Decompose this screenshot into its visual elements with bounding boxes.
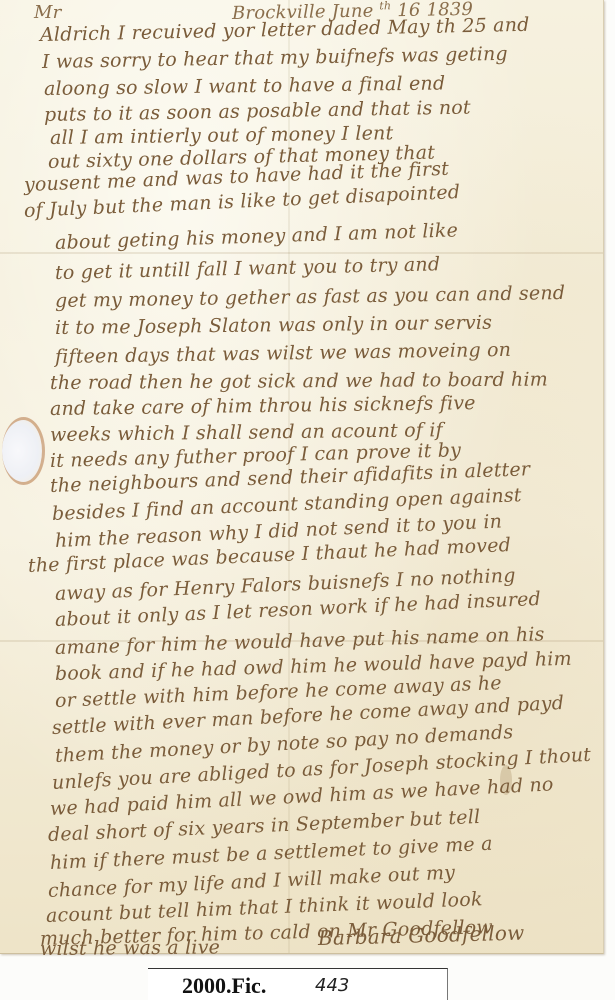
letter-body: Mr Brockville June th 16 1839 Aldrich I …	[0, 0, 603, 953]
letter-paper: Mr Brockville June th 16 1839 Aldrich I …	[0, 0, 604, 954]
letter-line: aloong so slow I want to have a final en…	[44, 72, 446, 100]
letter-line: fifteen days that was wilst we was movei…	[55, 339, 512, 368]
scanned-page: Mr Brockville June th 16 1839 Aldrich I …	[0, 0, 615, 1000]
letter-line: wilst he was a live	[40, 936, 220, 960]
letter-line: get my money to gether as fast as you ca…	[55, 282, 566, 312]
salutation: Mr	[34, 2, 61, 23]
letter-line: about geting his money and I am not like	[55, 219, 459, 254]
letter-line: to get it untill fall I want you to try …	[55, 253, 441, 284]
signature: Barbara Goodfellow	[318, 921, 525, 950]
archive-label: 2000.Fic. 443	[148, 968, 448, 1000]
letter-line: it to me Joseph Slaton was only in our s…	[55, 312, 492, 339]
archive-code: 2000.Fic.	[182, 973, 266, 999]
letter-line: puts to it as soon as posable and that i…	[44, 97, 471, 126]
letter-line: Aldrich I recuived yor letter daded May …	[40, 14, 530, 46]
date-suffix: th	[379, 0, 391, 12]
letter-line: and take care of him throu his sicknefs …	[50, 392, 476, 420]
letter-line: I was sorry to hear that my buifnefs was…	[42, 43, 508, 73]
letter-line: the road then he got sick and we had to …	[50, 369, 548, 394]
archive-item-number: 443	[315, 975, 349, 996]
